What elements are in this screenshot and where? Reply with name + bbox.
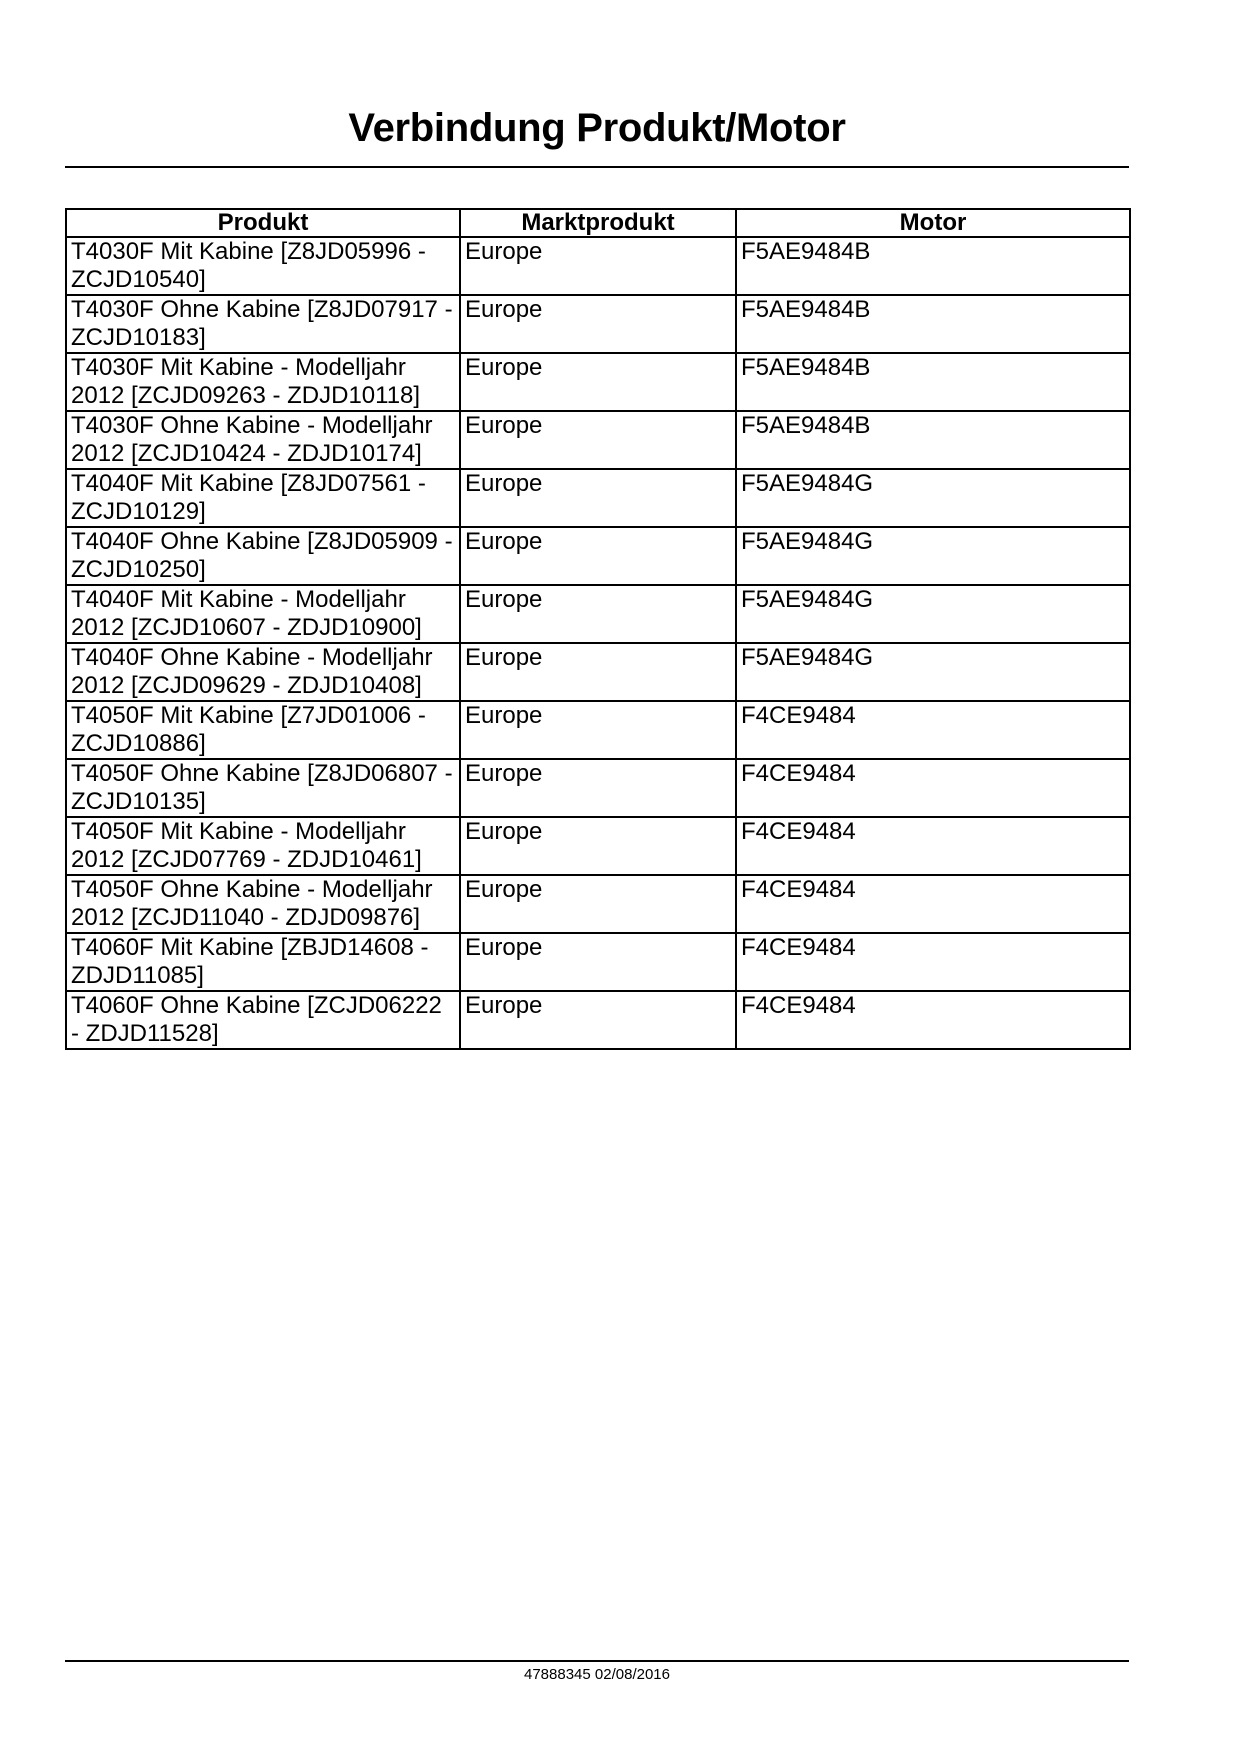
cell-marktprodukt: Europe [460, 295, 736, 353]
table-row: T4040F Ohne Kabine - Modelljahr 2012 [ZC… [66, 643, 1130, 701]
cell-motor: F5AE9484B [736, 411, 1130, 469]
cell-produkt: T4040F Ohne Kabine [Z8JD05909 - ZCJD1025… [66, 527, 460, 585]
cell-motor: F5AE9484G [736, 527, 1130, 585]
table-row: T4030F Mit Kabine - Modelljahr 2012 [ZCJ… [66, 353, 1130, 411]
column-header-produkt: Produkt [66, 209, 460, 237]
cell-produkt: T4030F Mit Kabine [Z8JD05996 - ZCJD10540… [66, 237, 460, 295]
cell-motor: F4CE9484 [736, 991, 1130, 1049]
cell-motor: F5AE9484G [736, 469, 1130, 527]
cell-marktprodukt: Europe [460, 933, 736, 991]
cell-marktprodukt: Europe [460, 759, 736, 817]
table-row: T4040F Ohne Kabine [Z8JD05909 - ZCJD1025… [66, 527, 1130, 585]
table-row: T4040F Mit Kabine [Z8JD07561 - ZCJD10129… [66, 469, 1130, 527]
cell-marktprodukt: Europe [460, 875, 736, 933]
cell-marktprodukt: Europe [460, 411, 736, 469]
table-row: T4050F Ohne Kabine [Z8JD06807 - ZCJD1013… [66, 759, 1130, 817]
table-row: T4050F Mit Kabine - Modelljahr 2012 [ZCJ… [66, 817, 1130, 875]
table-row: T4060F Ohne Kabine [ZCJD06222 - ZDJD1152… [66, 991, 1130, 1049]
table-row: T4050F Ohne Kabine - Modelljahr 2012 [ZC… [66, 875, 1130, 933]
table-row: T4050F Mit Kabine [Z7JD01006 - ZCJD10886… [66, 701, 1130, 759]
table-row: T4030F Mit Kabine [Z8JD05996 - ZCJD10540… [66, 237, 1130, 295]
cell-motor: F4CE9484 [736, 933, 1130, 991]
cell-produkt: T4060F Ohne Kabine [ZCJD06222 - ZDJD1152… [66, 991, 460, 1049]
cell-motor: F4CE9484 [736, 701, 1130, 759]
cell-marktprodukt: Europe [460, 991, 736, 1049]
cell-produkt: T4050F Mit Kabine [Z7JD01006 - ZCJD10886… [66, 701, 460, 759]
table-row: T4040F Mit Kabine - Modelljahr 2012 [ZCJ… [66, 585, 1130, 643]
cell-produkt: T4050F Mit Kabine - Modelljahr 2012 [ZCJ… [66, 817, 460, 875]
cell-produkt: T4050F Ohne Kabine - Modelljahr 2012 [ZC… [66, 875, 460, 933]
table-body: T4030F Mit Kabine [Z8JD05996 - ZCJD10540… [66, 237, 1130, 1049]
cell-marktprodukt: Europe [460, 585, 736, 643]
title-divider [65, 166, 1129, 168]
table-header-row: Produkt Marktprodukt Motor [66, 209, 1130, 237]
cell-motor: F5AE9484B [736, 237, 1130, 295]
cell-marktprodukt: Europe [460, 353, 736, 411]
cell-motor: F5AE9484B [736, 353, 1130, 411]
cell-motor: F5AE9484G [736, 643, 1130, 701]
cell-produkt: T4040F Mit Kabine [Z8JD07561 - ZCJD10129… [66, 469, 460, 527]
cell-motor: F5AE9484G [736, 585, 1130, 643]
cell-produkt: T4040F Mit Kabine - Modelljahr 2012 [ZCJ… [66, 585, 460, 643]
column-header-marktprodukt: Marktprodukt [460, 209, 736, 237]
cell-motor: F4CE9484 [736, 759, 1130, 817]
cell-produkt: T4030F Mit Kabine - Modelljahr 2012 [ZCJ… [66, 353, 460, 411]
cell-produkt: T4030F Ohne Kabine - Modelljahr 2012 [ZC… [66, 411, 460, 469]
page-title: Verbindung Produkt/Motor [65, 104, 1129, 152]
cell-produkt: T4040F Ohne Kabine - Modelljahr 2012 [ZC… [66, 643, 460, 701]
product-engine-table: Produkt Marktprodukt Motor T4030F Mit Ka… [65, 208, 1131, 1050]
cell-produkt: T4050F Ohne Kabine [Z8JD06807 - ZCJD1013… [66, 759, 460, 817]
cell-marktprodukt: Europe [460, 701, 736, 759]
cell-produkt: T4030F Ohne Kabine [Z8JD07917 - ZCJD1018… [66, 295, 460, 353]
cell-marktprodukt: Europe [460, 817, 736, 875]
cell-marktprodukt: Europe [460, 469, 736, 527]
column-header-motor: Motor [736, 209, 1130, 237]
table-row: T4030F Ohne Kabine [Z8JD07917 - ZCJD1018… [66, 295, 1130, 353]
footer-doc-id-date: 47888345 02/08/2016 [65, 1666, 1129, 1684]
cell-marktprodukt: Europe [460, 237, 736, 295]
footer-divider [65, 1660, 1129, 1662]
table-row: T4060F Mit Kabine [ZBJD14608 - ZDJD11085… [66, 933, 1130, 991]
cell-marktprodukt: Europe [460, 527, 736, 585]
cell-motor: F4CE9484 [736, 817, 1130, 875]
cell-produkt: T4060F Mit Kabine [ZBJD14608 - ZDJD11085… [66, 933, 460, 991]
table-row: T4030F Ohne Kabine - Modelljahr 2012 [ZC… [66, 411, 1130, 469]
cell-motor: F5AE9484B [736, 295, 1130, 353]
cell-motor: F4CE9484 [736, 875, 1130, 933]
cell-marktprodukt: Europe [460, 643, 736, 701]
